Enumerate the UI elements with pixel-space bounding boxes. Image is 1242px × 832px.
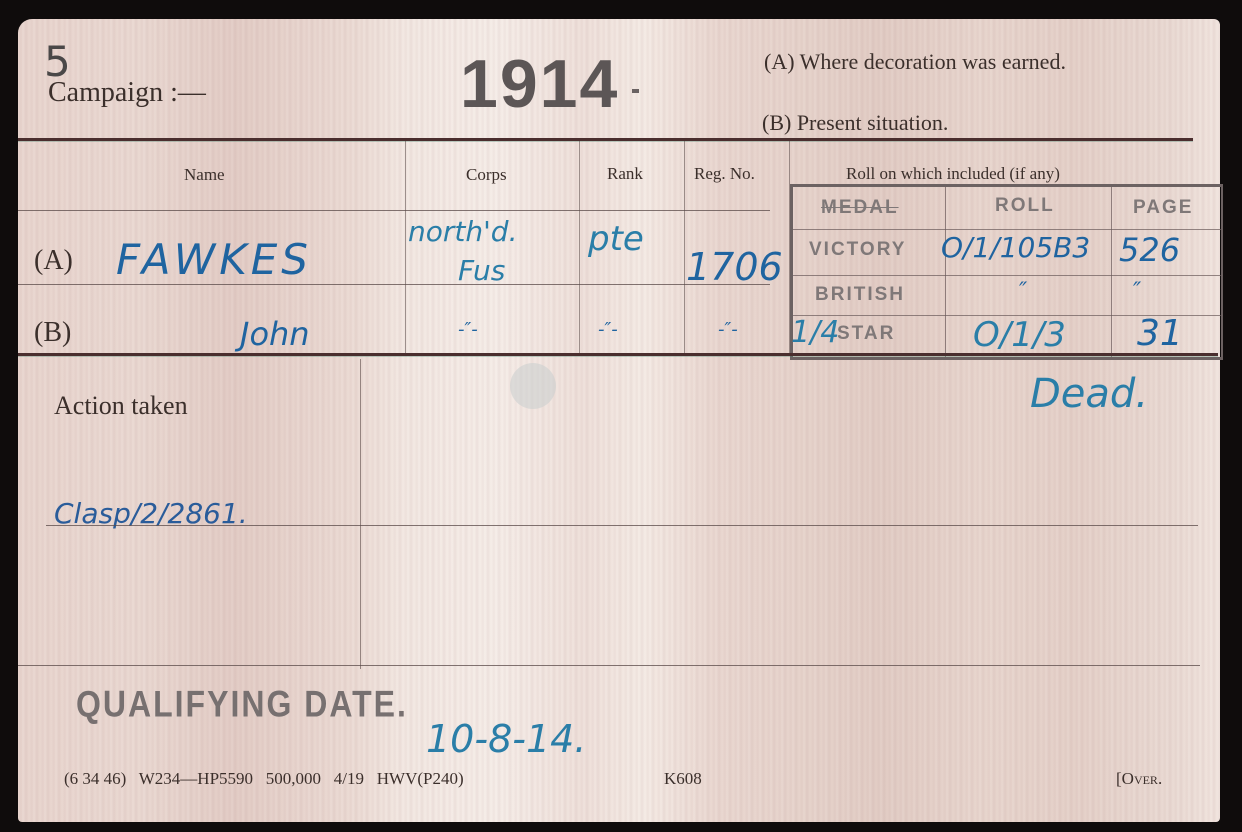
- action-column-divider: [360, 359, 361, 669]
- row-a-surname: FAWKES: [116, 235, 312, 284]
- qualifying-date-value: 10-8-14.: [426, 717, 586, 761]
- action-rule-2: [18, 665, 1200, 666]
- row-a-label: (A): [34, 245, 73, 277]
- medal-star: STAR: [837, 323, 895, 345]
- col-divider-regno: [684, 141, 685, 356]
- medal-british: BRITISH: [815, 284, 905, 306]
- medal-roll-box: MEDAL ROLL PAGE VICTORY O/1/105B3 526 BR…: [790, 184, 1223, 360]
- col-divider-rank: [579, 141, 580, 356]
- action-taken-label: Action taken: [54, 391, 188, 421]
- col-divider-corps: [405, 141, 406, 356]
- medal-index-card: 5 Campaign :— 1914 (A) Where decoration …: [18, 19, 1220, 822]
- table-bottom-divider: [18, 353, 1218, 356]
- legend-where-earned: (A) Where decoration was earned.: [764, 49, 1066, 75]
- roll-british-ditto: ″: [1019, 279, 1027, 304]
- header-rank: Rank: [607, 164, 643, 184]
- page-victory: 526: [1119, 231, 1180, 269]
- roll-header-page: PAGE: [1133, 197, 1193, 219]
- row-a-corps-line2: Fus: [458, 254, 505, 287]
- header-corps: Corps: [466, 165, 507, 185]
- row-b-rank-ditto: -″-: [598, 319, 618, 340]
- row-rule-a: [18, 284, 770, 285]
- action-rule-1: [46, 525, 1198, 526]
- footer-print-code: (6 34 46) W234—HP5590 500,000 4/19 HWV(P…: [64, 769, 464, 789]
- header-roll: Roll on which included (if any): [846, 164, 1060, 184]
- row-b-corps-ditto: -″-: [458, 319, 478, 340]
- roll-header-medal: MEDAL: [821, 197, 899, 219]
- roll-star: O/1/3: [973, 315, 1066, 355]
- roll-victory: O/1/105B3: [941, 231, 1090, 264]
- row-a-rank: pte: [588, 219, 644, 259]
- qualifying-date-stamp: QUALIFYING DATE.: [76, 683, 408, 726]
- medal-victory: VICTORY: [809, 239, 906, 261]
- row-b-label: (B): [34, 317, 71, 349]
- footer-form-number: K608: [664, 769, 702, 789]
- row-rule-header: [18, 210, 770, 211]
- star-margin-note: 1/4: [791, 315, 839, 350]
- row-b-forename: John: [240, 315, 310, 353]
- page-star: 31: [1137, 313, 1183, 354]
- year-stamp-dot: [632, 89, 639, 93]
- row-a-reg-no: 1706: [686, 245, 783, 289]
- campaign-label: Campaign :—: [48, 77, 206, 109]
- remark-dead: Dead.: [1030, 371, 1148, 417]
- header-reg-no: Reg. No.: [694, 164, 755, 184]
- row-b-regno-ditto: -″-: [718, 319, 738, 340]
- paper-blot: [510, 363, 556, 409]
- page-british-ditto: ″: [1133, 279, 1141, 304]
- header-divider: [18, 138, 1193, 141]
- campaign-year-stamp: 1914: [460, 45, 619, 123]
- header-name: Name: [184, 165, 225, 185]
- legend-present-situation: (B) Present situation.: [762, 110, 948, 136]
- roll-header-roll: ROLL: [995, 195, 1055, 217]
- row-a-corps-line1: north'd.: [408, 215, 517, 248]
- footer-over: [Over.: [1116, 769, 1162, 789]
